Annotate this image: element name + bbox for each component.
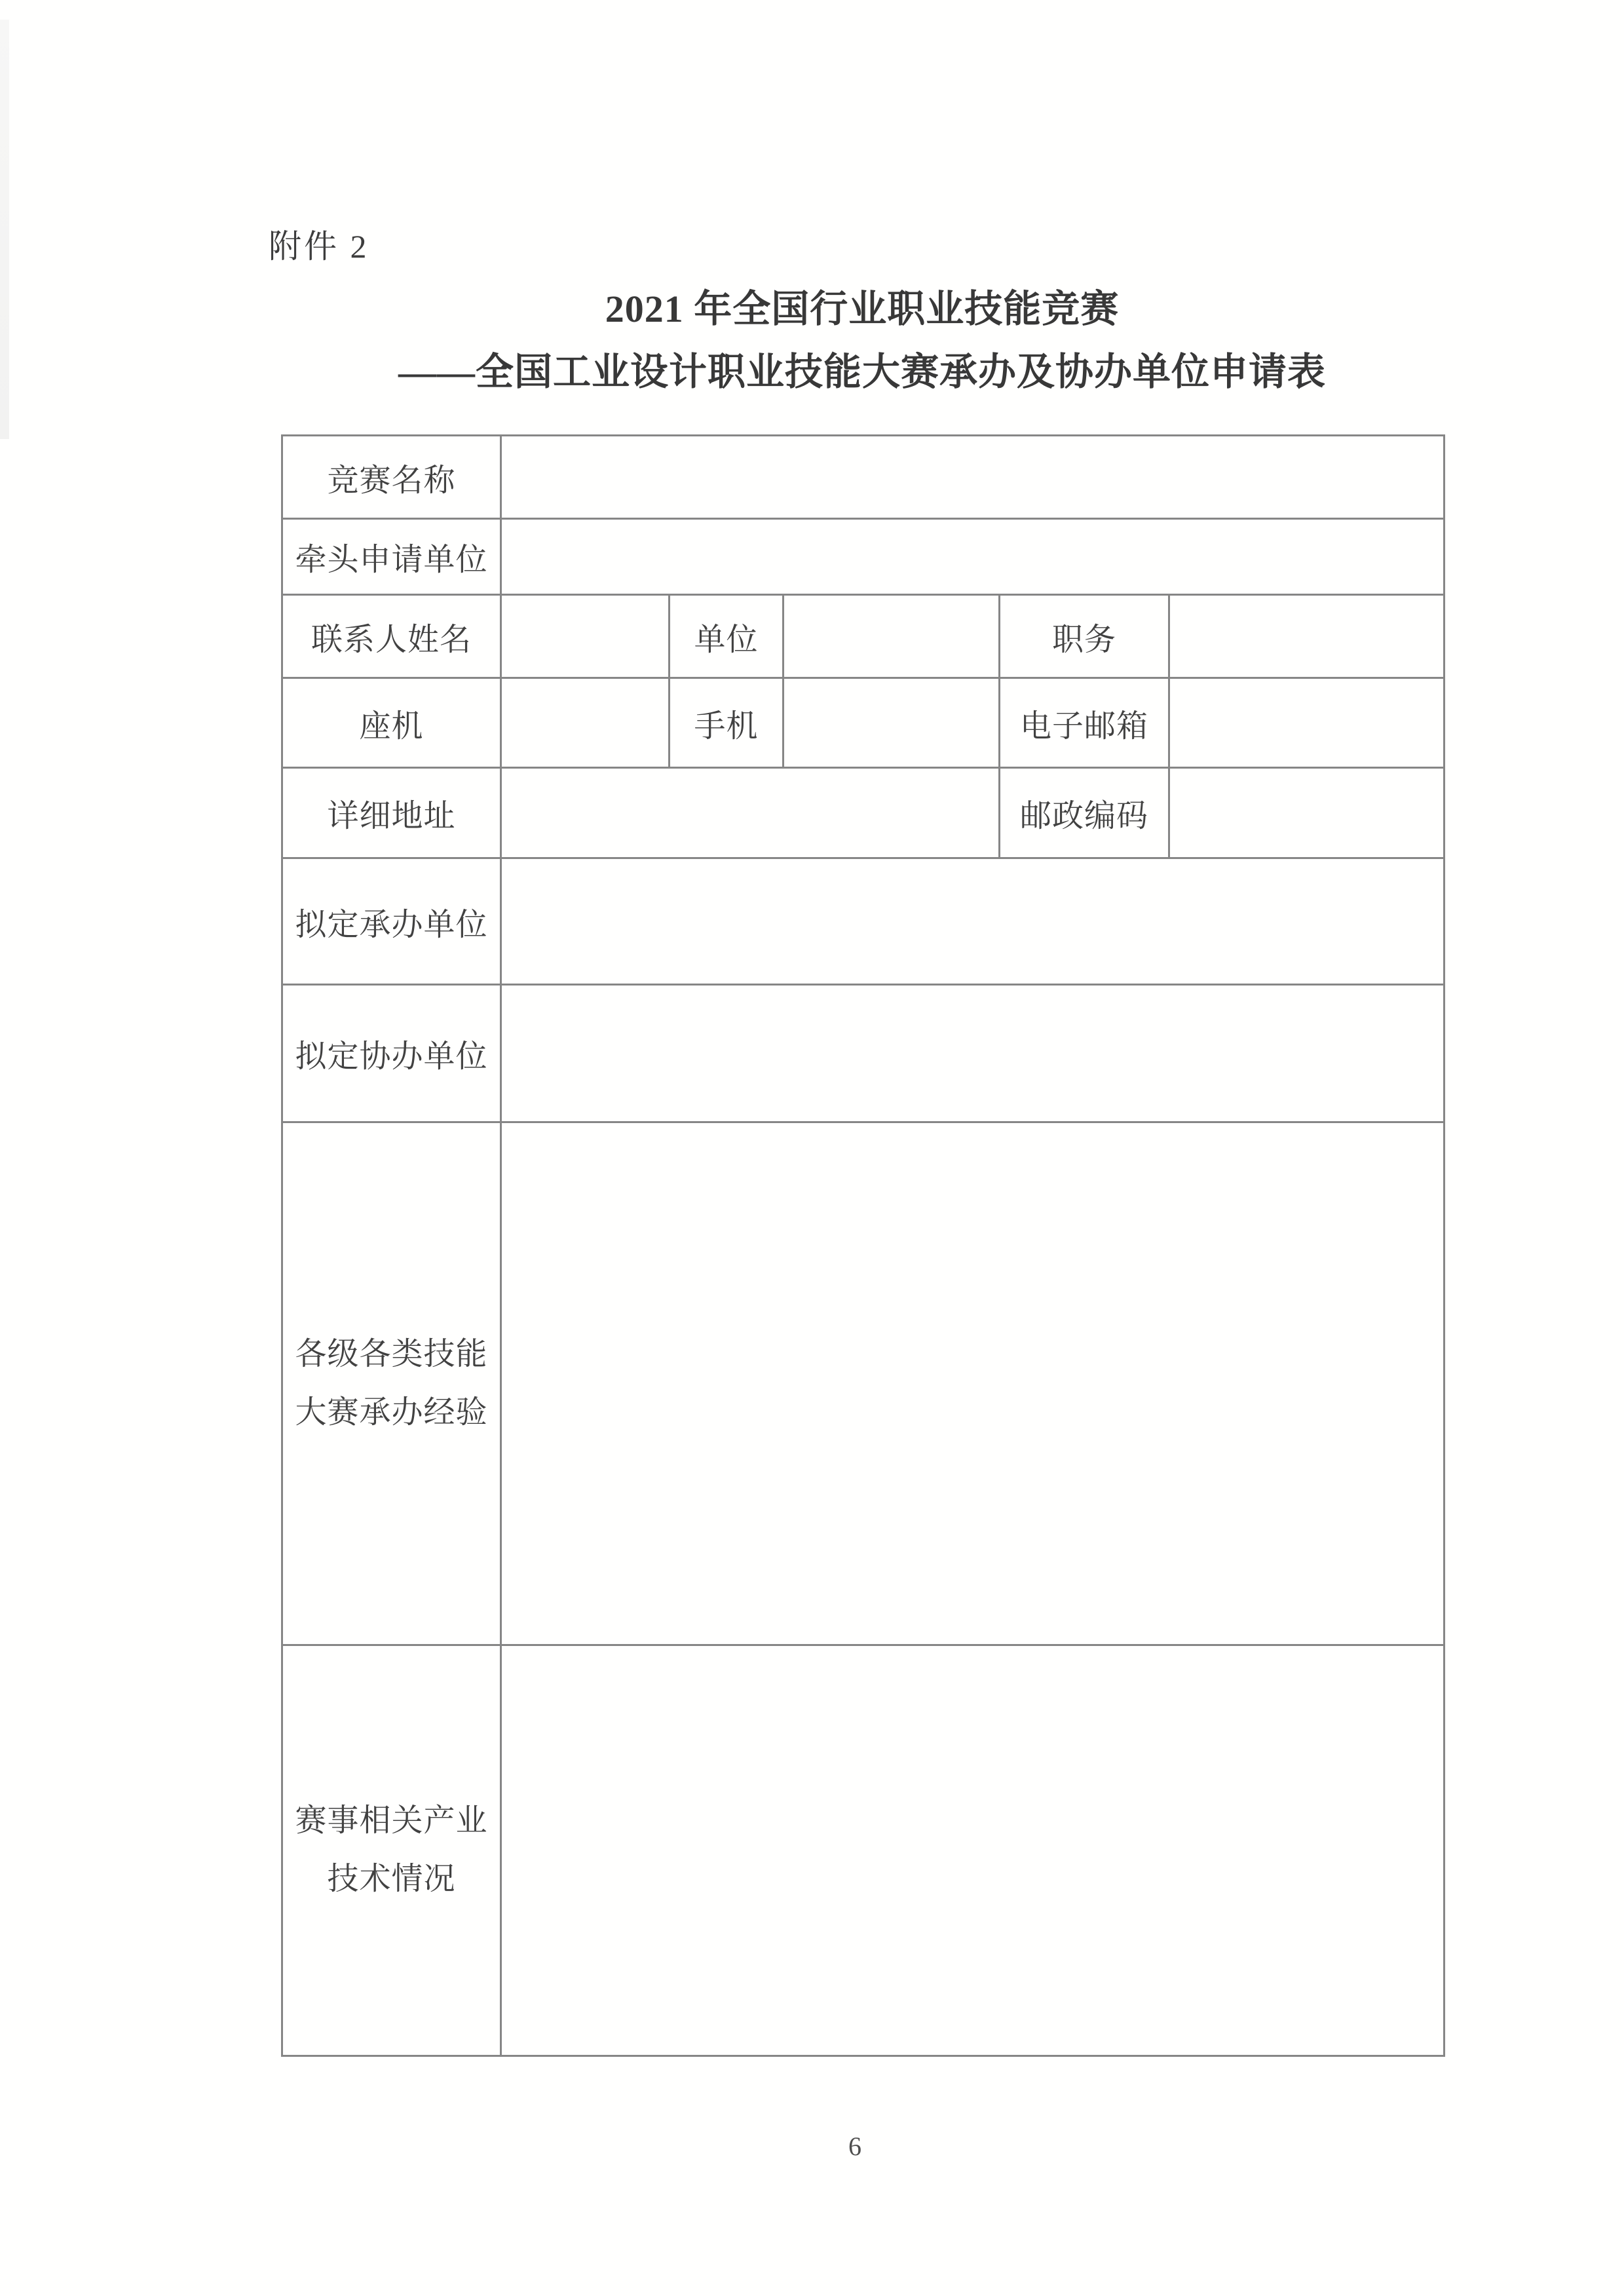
label-postal-code: 邮政编码 [1000,768,1169,858]
label-competition-hosting-experience-line1: 各级各类技能 [287,1326,496,1384]
field-competition-name [501,436,1445,519]
label-email: 电子邮箱 [1000,678,1169,768]
field-email [1169,678,1445,768]
row-contact-person: 联系人姓名 单位 职务 [282,595,1445,678]
label-lead-applicant-unit: 牵头申请单位 [282,519,501,595]
field-proposed-host-unit [501,858,1445,985]
page-number: 6 [816,2131,894,2162]
document-title-line2: ——全国工业设计职业技能大赛承办及协办单位申请表 [281,341,1443,404]
row-lead-applicant-unit: 牵头申请单位 [282,519,1445,595]
field-lead-applicant-unit [501,519,1445,595]
label-proposed-host-unit: 拟定承办单位 [282,858,501,985]
scan-edge-artifact [0,20,9,439]
field-contact-name [501,595,670,678]
field-detailed-address [501,768,1000,858]
label-landline: 座机 [282,678,501,768]
row-related-industry-technology: 赛事相关产业 技术情况 [282,1645,1445,2056]
label-competition-hosting-experience-line2: 大赛承办经验 [287,1384,496,1442]
application-form-table: 竞赛名称 牵头申请单位 联系人姓名 单位 职务 座机 手机 电子邮箱 详细地址 … [281,434,1445,2057]
label-competition-name: 竞赛名称 [282,436,501,519]
label-contact-unit: 单位 [670,595,784,678]
row-competition-hosting-experience: 各级各类技能 大赛承办经验 [282,1122,1445,1645]
label-detailed-address: 详细地址 [282,768,501,858]
row-proposed-co-organizer-unit: 拟定协办单位 [282,985,1445,1122]
document-title: 2021 年全国行业职业技能竞赛 ——全国工业设计职业技能大赛承办及协办单位申请… [281,278,1443,404]
row-competition-name: 竞赛名称 [282,436,1445,519]
field-mobile [784,678,1000,768]
field-contact-position [1169,595,1445,678]
field-postal-code [1169,768,1445,858]
field-competition-hosting-experience [501,1122,1445,1645]
label-contact-name: 联系人姓名 [282,595,501,678]
label-related-industry-technology-line1: 赛事相关产业 [287,1792,496,1850]
document-title-line1: 2021 年全国行业职业技能竞赛 [281,278,1443,341]
label-mobile: 手机 [670,678,784,768]
field-landline [501,678,670,768]
field-contact-unit [784,595,1000,678]
label-competition-hosting-experience: 各级各类技能 大赛承办经验 [282,1122,501,1645]
label-related-industry-technology-line2: 技术情况 [287,1850,496,1909]
label-related-industry-technology: 赛事相关产业 技术情况 [282,1645,501,2056]
label-contact-position: 职务 [1000,595,1169,678]
attachment-label: 附件 2 [269,220,369,267]
field-proposed-co-organizer-unit [501,985,1445,1122]
field-related-industry-technology [501,1645,1445,2056]
row-proposed-host-unit: 拟定承办单位 [282,858,1445,985]
row-address: 详细地址 邮政编码 [282,768,1445,858]
row-phones: 座机 手机 电子邮箱 [282,678,1445,768]
label-proposed-co-organizer-unit: 拟定协办单位 [282,985,501,1122]
